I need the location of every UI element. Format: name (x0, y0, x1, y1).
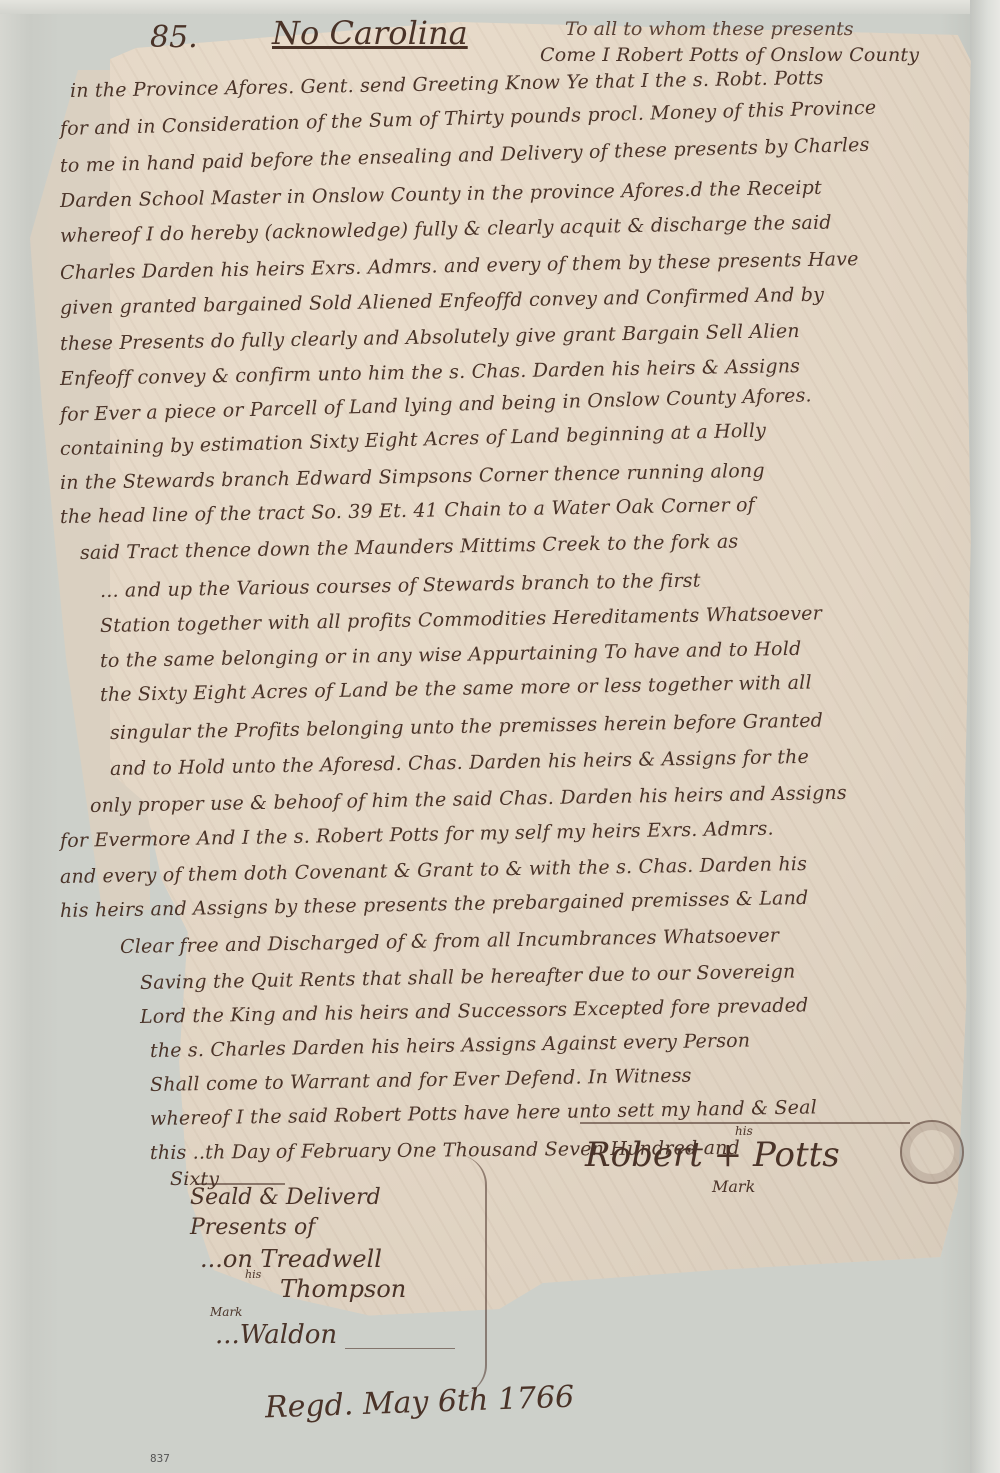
scan-frame-top (0, 0, 1000, 14)
witness-name: Thompson (280, 1275, 406, 1303)
witness-name: ...Waldon (215, 1320, 337, 1350)
grantor-signature: Robert + Potts (585, 1135, 840, 1175)
witness-his-label: his (245, 1268, 261, 1281)
witness-name: ...on Treadwell (200, 1245, 382, 1273)
body-line: Come I Robert Potts of Onslow County (540, 44, 919, 66)
salutation-heading: To all to whom these presents (565, 18, 854, 40)
scan-frame-right (970, 0, 1000, 1473)
entry-number: 85. (150, 20, 198, 55)
rule-line (345, 1348, 455, 1349)
witness-mark-label: Mark (210, 1305, 242, 1319)
state-heading: No Carolina (272, 14, 468, 52)
seal-icon (900, 1120, 964, 1184)
archive-number: 837 (150, 1452, 170, 1465)
witness-brace (455, 1155, 487, 1395)
attestation-presence-label: Presents of (190, 1215, 315, 1240)
attestation-label: Seald & Deliverd (190, 1185, 381, 1210)
grantor-mark-label: Mark (712, 1177, 755, 1196)
